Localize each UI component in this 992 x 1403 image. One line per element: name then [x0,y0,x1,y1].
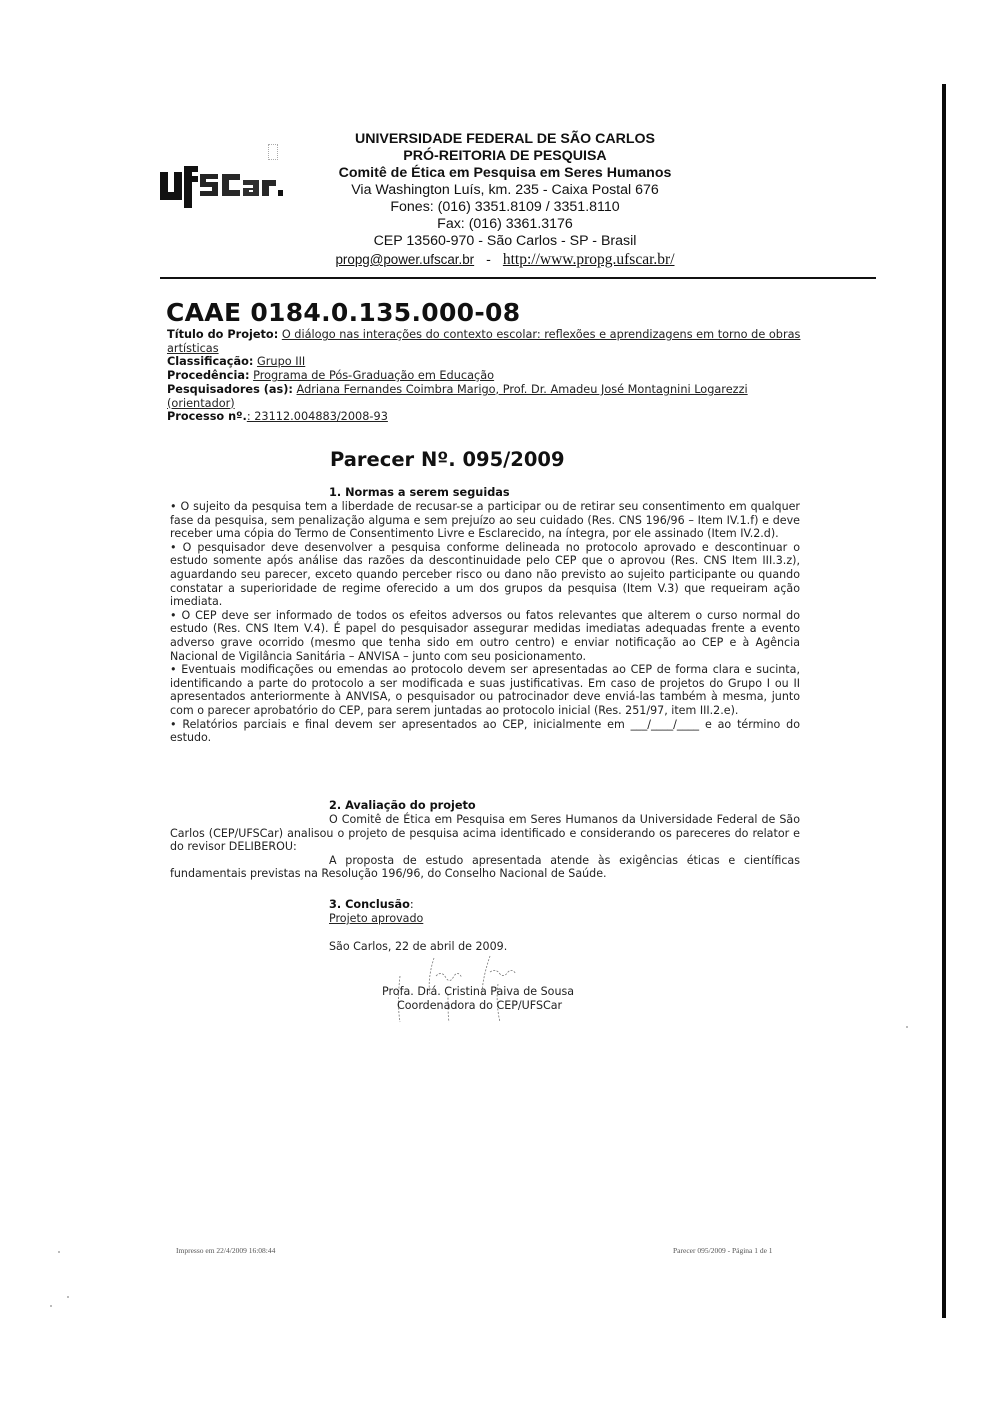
scan-speck [67,1296,69,1298]
conclusion-value: Projeto aprovado [329,912,423,925]
fax: Fax: (016) 3361.3176 [300,216,710,233]
page-edge-line [942,84,946,1318]
scan-speck [50,1305,52,1307]
origin-label: Procedência [167,369,245,382]
researchers-label: Pesquisadores (as): [167,383,293,396]
section-3-title: 3. Conclusão: [329,898,414,911]
address: Via Washington Luís, km. 235 - Caixa Pos… [300,182,710,199]
page-indicator: Parecer 095/2009 - Página 1 de 1 [673,1246,773,1255]
contact-separator: - [486,252,491,268]
signatory-role: Coordenadora do CEP/UFSCar [397,999,562,1012]
evaluation-paragraph: O Comitê de Ética em Pesquisa em Seres H… [170,813,800,854]
scan-speck [58,1251,60,1253]
section-1-body: • O sujeito da pesquisa tem a liberdade … [170,500,800,745]
caae-number: CAAE 0184.0.135.000-08 [166,298,520,327]
norm-item: • O sujeito da pesquisa tem a liberdade … [170,500,800,541]
section-1-title: 1. Normas a serem seguidas [329,486,510,499]
letterhead: UNIVERSIDADE FEDERAL DE SÃO CARLOS PRÓ-R… [300,131,710,269]
evaluation-paragraph: A proposta de estudo apresentada atende … [170,854,800,881]
place-date: São Carlos, 22 de abril de 2009. [329,940,507,953]
scan-speck [906,1026,908,1028]
norm-item: • Relatórios parciais e final devem ser … [170,718,800,745]
signatory-name: Profa. Drá. Cristina Paiva de Sousa [382,985,574,998]
university-name: UNIVERSIDADE FEDERAL DE SÃO CARLOS [300,131,710,148]
parecer-title: Parecer Nº. 095/2009 [330,448,565,471]
postal-code: CEP 13560-970 - São Carlos - SP - Brasil [300,233,710,250]
norm-item: • O pesquisador deve desenvolver a pesqu… [170,541,800,609]
ufscar-logo [158,160,288,208]
contact-line: propg@power.ufscar.br-http://www.propg.u… [300,251,710,269]
website-link[interactable]: http://www.propg.ufscar.br/ [503,251,675,268]
project-metadata: Título do Projeto: O diálogo nas interaç… [167,328,807,424]
phones: Fones: (016) 3351.8109 / 3351.8110 [300,199,710,216]
logo-emblem-icon [268,144,278,160]
section-2-body: O Comitê de Ética em Pesquisa em Seres H… [170,813,800,881]
classification-value: Grupo III [257,355,305,368]
email-link[interactable]: propg@power.ufscar.br [335,252,474,267]
process-row: Processo nº.: 23112.004883/2008-93 [167,410,807,424]
norm-item: • Eventuais modificações ou emendas ao p… [170,663,800,717]
classification-row: Classificação: Grupo III [167,355,807,369]
print-timestamp: Impresso em 22/4/2009 16:08:44 [176,1246,275,1255]
section-3-title-suffix: : [410,898,414,911]
section-2-title: 2. Avaliação do projeto [329,799,476,812]
ufscar-logo-wordmark-icon [158,160,288,208]
section-3-title-text: 3. Conclusão [329,898,410,911]
process-label: Processo nº. [167,410,247,423]
process-value: : 23112.004883/2008-93 [247,410,388,423]
committee-name: Comitê de Ética em Pesquisa em Seres Hum… [300,165,710,182]
classification-label: Classificação [167,355,249,368]
header-divider [160,277,876,279]
origin-value: Programa de Pós-Graduação em Educação [253,369,494,382]
researchers-row: Pesquisadores (as): Adriana Fernandes Co… [167,383,807,410]
project-title-label: Título do Projeto [167,328,274,341]
department-name: PRÓ-REITORIA DE PESQUISA [300,148,710,165]
origin-row: Procedência: Programa de Pós-Graduação e… [167,369,807,383]
norm-item: • O CEP deve ser informado de todos os e… [170,609,800,663]
project-title-row: Título do Projeto: O diálogo nas interaç… [167,328,807,355]
